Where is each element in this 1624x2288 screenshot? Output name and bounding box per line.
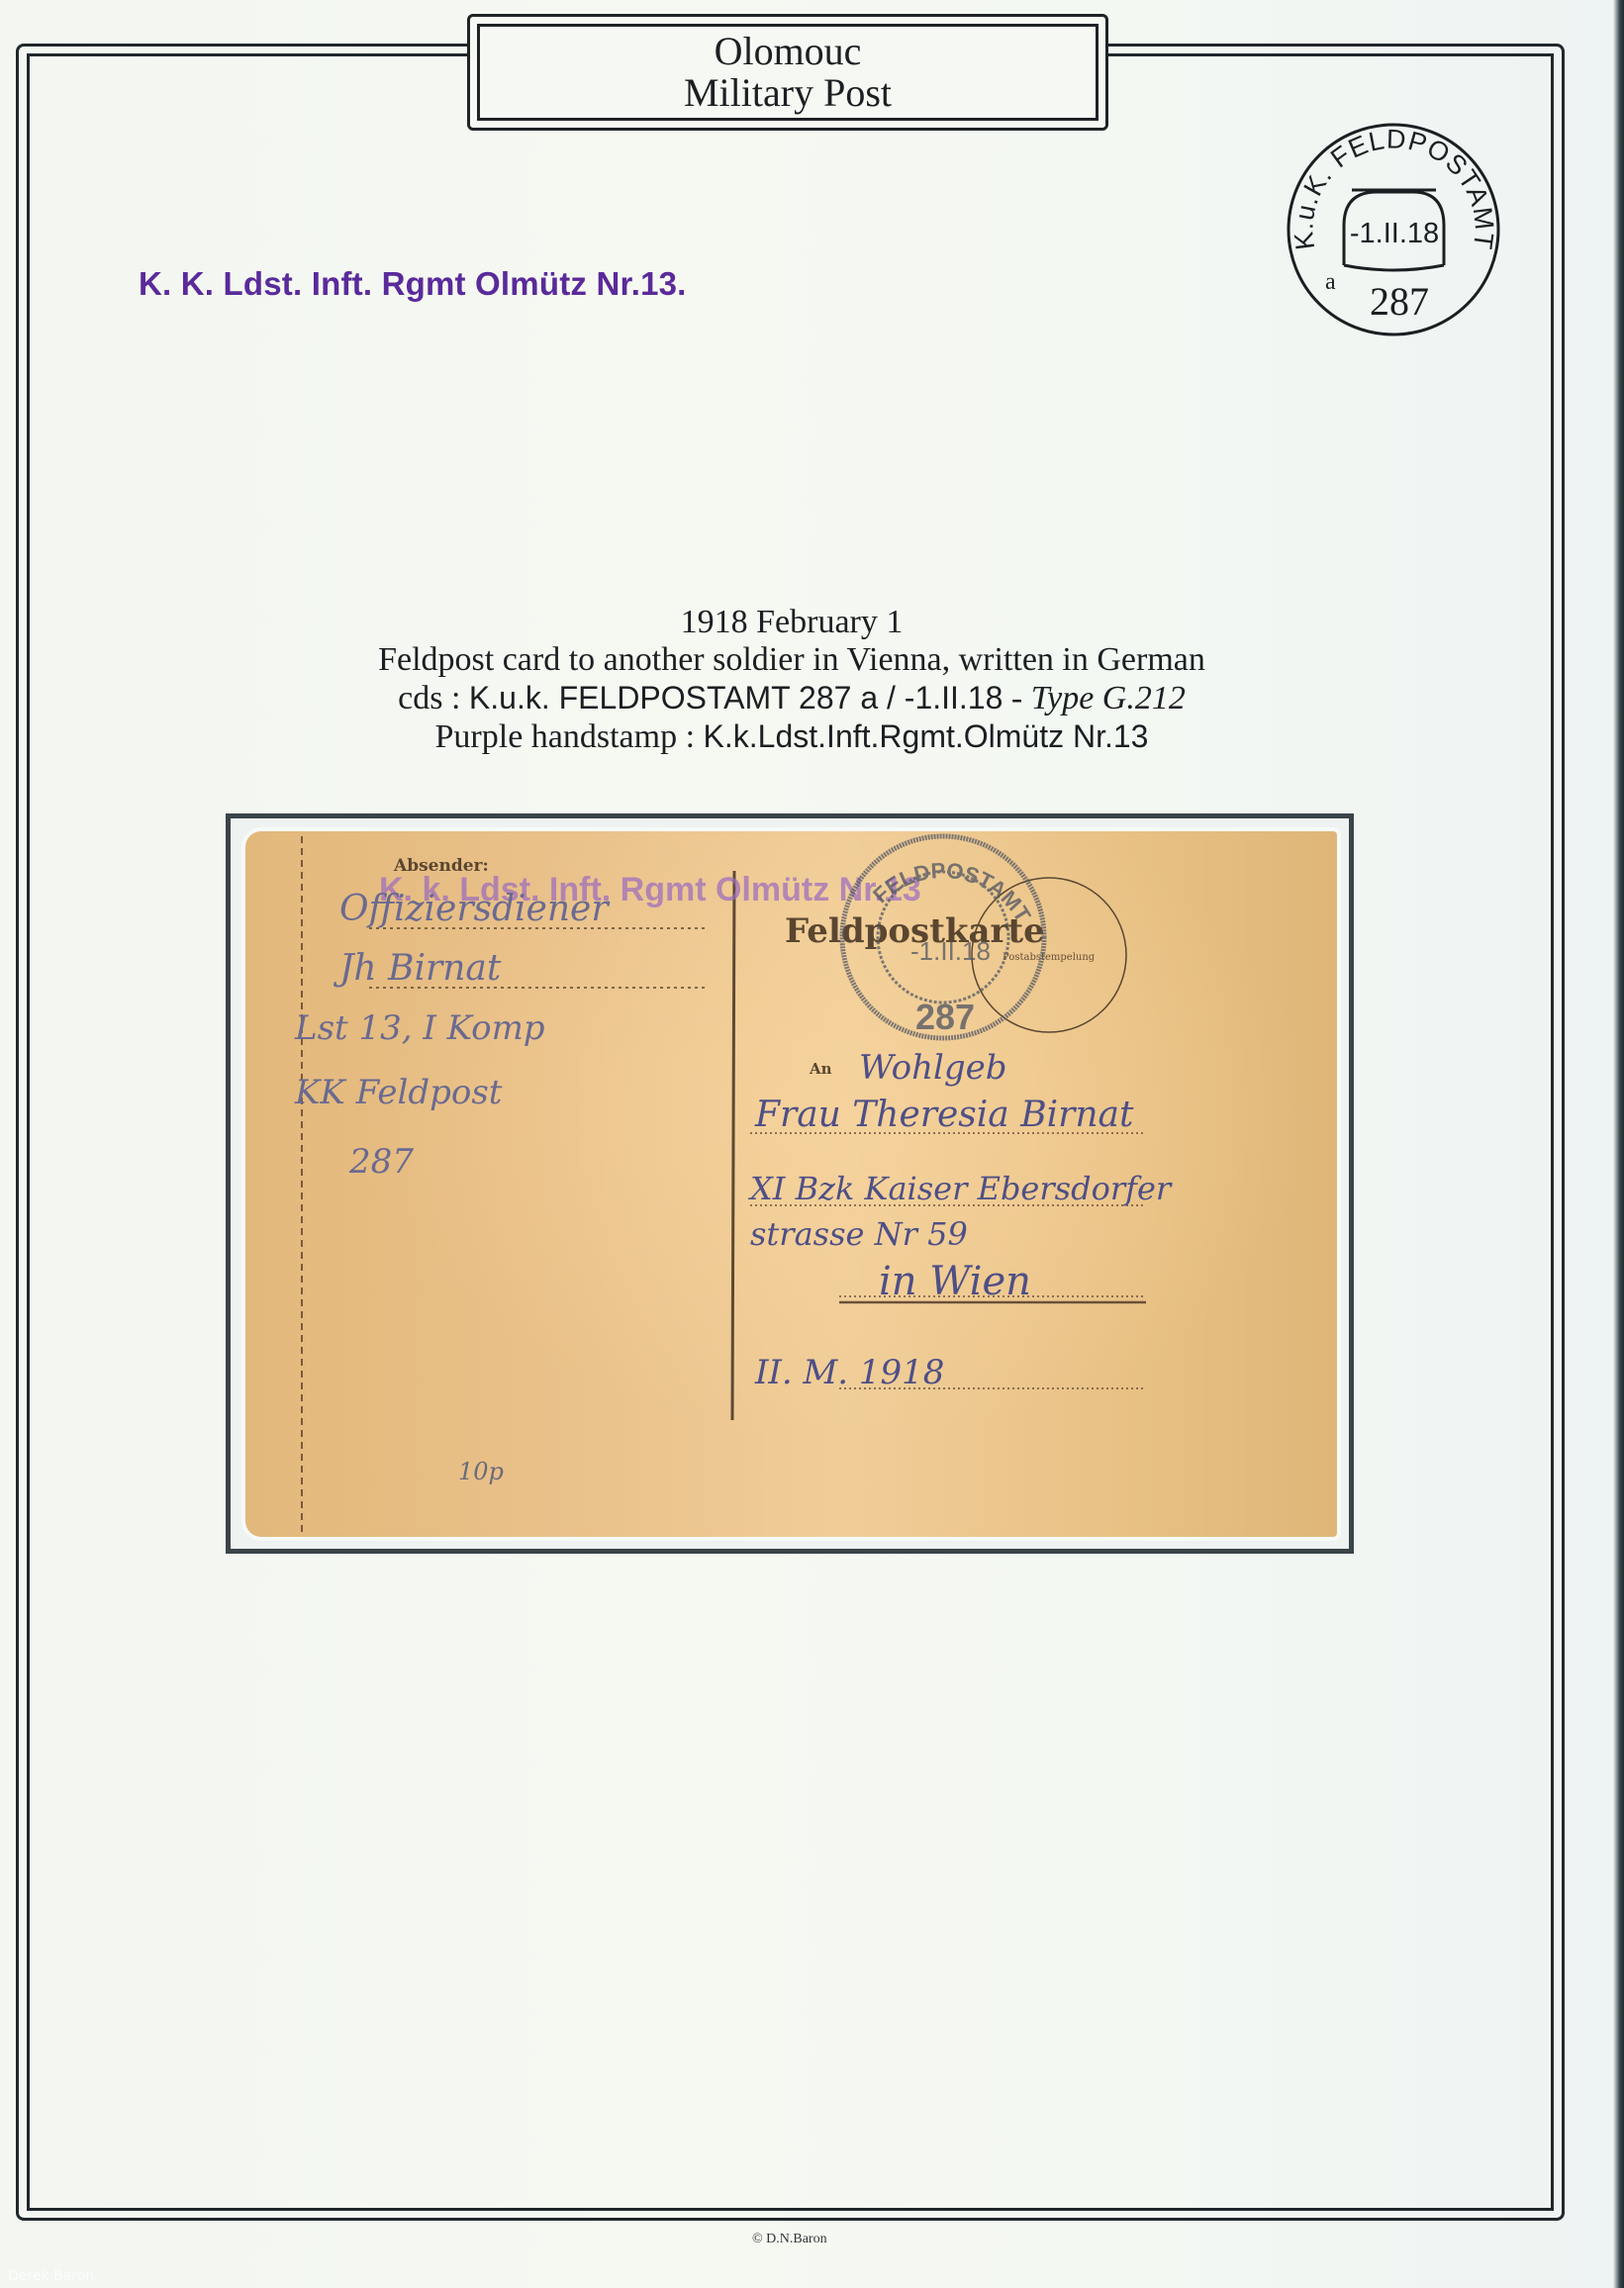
- cancel-type: Type G.212: [1031, 680, 1186, 716]
- handstamp-text: K.k.Ldst.Inft.Rgmt.Olmütz Nr.13: [704, 718, 1149, 754]
- description-cancel: cds : K.u.k. FELDPOSTAMT 287 a / -1.II.1…: [247, 679, 1336, 717]
- svg-text:XI Bzk Kaiser Ebersdorfer: XI Bzk Kaiser Ebersdorfer: [747, 1170, 1173, 1207]
- svg-text:Wohlgeb: Wohlgeb: [859, 1048, 1007, 1088]
- cancel-number: 287: [915, 997, 975, 1037]
- watermark: Derek Baron: [8, 2268, 94, 2284]
- svg-text:KK Feldpost: KK Feldpost: [294, 1073, 503, 1112]
- page-subtitle: Military Post: [684, 73, 892, 113]
- svg-text:in Wien: in Wien: [879, 1259, 1031, 1304]
- postmark-letter: a: [1325, 269, 1336, 295]
- card-artwork: Absender: K. k. Ldst. Inft. Rgmt Olmütz …: [245, 831, 1337, 1537]
- svg-text:Jh Birnat: Jh Birnat: [333, 948, 502, 989]
- title-box-inner: Olomouc Military Post: [477, 24, 1099, 121]
- postmark-illustration: K.u.K. FELDPOSTAMT -1.II.18 287 a: [1283, 119, 1504, 340]
- title-box: Olomouc Military Post: [467, 14, 1108, 131]
- copyright-footer: © D.N.Baron: [752, 2232, 827, 2247]
- cancel-date: -1.II.18: [910, 936, 991, 966]
- pencil-note: 10p: [458, 1458, 504, 1485]
- svg-text:Frau Theresia Birnat: Frau Theresia Birnat: [754, 1095, 1134, 1135]
- postmark-date: -1.II.18: [1350, 218, 1439, 249]
- scan-edge: [1613, 0, 1624, 2288]
- svg-text:strasse Nr 59: strasse Nr 59: [750, 1215, 968, 1253]
- svg-text:287: 287: [348, 1142, 414, 1182]
- sender-handwriting: Offiziersdiener Jh Birnat Lst 13, I Komp…: [294, 889, 610, 1485]
- addressee-prefix: An: [809, 1060, 832, 1078]
- svg-text:II. M. 1918: II. M. 1918: [754, 1353, 944, 1392]
- svg-text:Offiziersdiener: Offiziersdiener: [339, 889, 610, 929]
- stamp-box-text: Postabstempelung: [1003, 952, 1096, 963]
- cancel-text: K.u.k. FELDPOSTAMT 287 a / -1.II.18: [469, 680, 1003, 715]
- description-date: 1918 February 1: [247, 604, 1336, 641]
- page-title: Olomouc: [715, 32, 862, 71]
- address-handwriting: Wohlgeb Frau Theresia Birnat XI Bzk Kais…: [747, 1048, 1173, 1392]
- unit-heading: K. K. Ldst. Inft. Rgmt Olmütz Nr.13.: [139, 265, 687, 303]
- description-handstamp: Purple handstamp : K.k.Ldst.Inft.Rgmt.Ol…: [247, 717, 1336, 756]
- description-block: 1918 February 1 Feldpost card to another…: [247, 604, 1336, 756]
- feldpost-card: Absender: K. k. Ldst. Inft. Rgmt Olmütz …: [245, 831, 1337, 1537]
- postmark-number: 287: [1370, 279, 1429, 324]
- description-summary: Feldpost card to another soldier in Vien…: [247, 641, 1336, 679]
- svg-text:Lst 13, I Komp: Lst 13, I Komp: [294, 1008, 545, 1048]
